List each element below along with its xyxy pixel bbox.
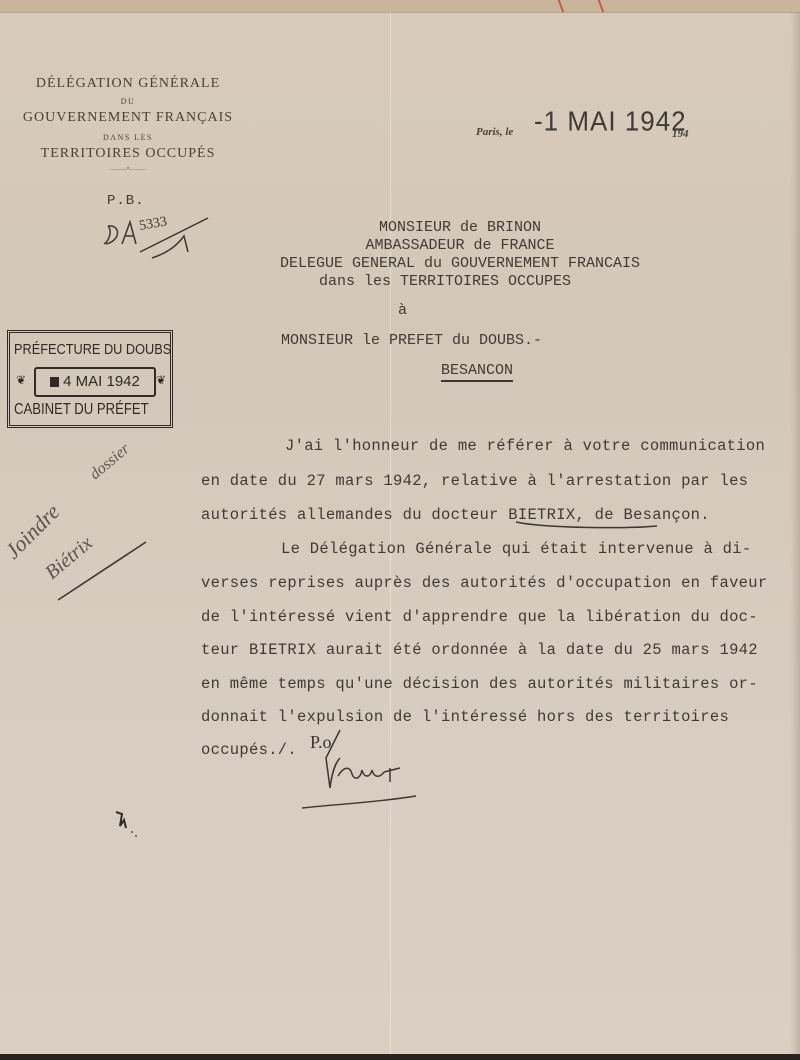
signature: signature P.o <box>290 722 440 812</box>
stamp-date-box: 4 MAI 1942 <box>34 367 156 397</box>
sender-line: DELEGUE GENERAL du GOUVERNEMENT FRANCAIS <box>240 255 680 273</box>
handwritten-underline <box>514 520 659 530</box>
margin-annotation: Joindre dossier Biétrix dossier Joindre … <box>0 440 190 610</box>
body-line: teur BIETRIX aurait été ordonnée à la da… <box>201 641 758 659</box>
body-line: J'ai l'honneur de me référer à votre com… <box>285 437 765 455</box>
sender-block: MONSIEUR de BRINON AMBASSADEUR de FRANCE… <box>240 219 680 291</box>
svg-text:P.o: P.o <box>310 732 332 752</box>
body-line: occupés./. <box>201 741 297 759</box>
top-edge-strip <box>0 0 800 13</box>
svg-text:Joindre: Joindre <box>0 499 65 564</box>
letter-page: DÉLÉGATION GÉNÉRALE DU GOUVERNEMENT FRAN… <box>0 0 800 1060</box>
paper-bottom-edge <box>0 1054 800 1060</box>
body-line: de l'intéressé vient d'apprendre que la … <box>201 608 758 626</box>
letterhead-line: DANS LES <box>18 132 238 144</box>
svg-text:Biétrix: Biétrix <box>41 532 97 584</box>
red-mark <box>598 0 618 12</box>
body-line: Le Délégation Générale qui était interve… <box>281 540 751 558</box>
letterhead-line: DU <box>18 96 238 108</box>
received-stamp: PRÉFECTURE DU DOUBS ❦ 4 MAI 1942 ❦ CABIN… <box>7 330 173 428</box>
place-label: Paris, le <box>476 126 513 138</box>
stamp-ornament-icon: ❦ <box>156 373 166 387</box>
body-line: donnait l'expulsion de l'intéressé hors … <box>201 708 729 726</box>
date-stamp: -1 MAI 1942 <box>534 105 687 138</box>
stamp-prefecture: PRÉFECTURE DU DOUBS <box>14 341 171 358</box>
letterhead-line: TERRITOIRES OCCUPÉS <box>18 146 238 162</box>
body-line: en même temps qu'une décision des autori… <box>201 675 758 693</box>
stamp-date: 4 MAI 1942 <box>63 373 140 390</box>
sender-line: dans les TERRITOIRES OCCUPES <box>210 273 680 291</box>
handwritten-reference: DA 5333/A 5333 <box>100 200 220 260</box>
letterhead-line: GOUVERNEMENT FRANÇAIS <box>18 110 238 126</box>
ink-smudge <box>112 806 152 846</box>
letterhead-line: DÉLÉGATION GÉNÉRALE <box>18 76 238 92</box>
sender-line: AMBASSADEUR de FRANCE <box>240 237 680 255</box>
body-line: verses reprises auprès des autorités d'o… <box>201 574 768 592</box>
letterhead-ornament: ——•—— <box>18 164 238 173</box>
red-mark <box>558 0 578 12</box>
stamp-square-icon <box>50 377 59 387</box>
year-prefix: 194 <box>672 128 689 140</box>
body-line: en date du 27 mars 1942, relative à l'ar… <box>201 472 748 490</box>
recipient-name: MONSIEUR le PREFET du DOUBS.- <box>281 332 542 349</box>
svg-text:5333: 5333 <box>138 214 168 234</box>
stamp-cabinet: CABINET DU PRÉFET <box>14 401 149 419</box>
paper-right-edge <box>790 12 800 1060</box>
paper-fold-line <box>390 12 391 1060</box>
svg-text:dossier: dossier <box>87 440 134 483</box>
to-word: à <box>398 302 407 319</box>
sender-line: MONSIEUR de BRINON <box>240 219 680 237</box>
recipient-city: BESANCON <box>441 362 513 382</box>
date-line: Paris, le -1 MAI 1942 194 <box>476 104 706 144</box>
letterhead: DÉLÉGATION GÉNÉRALE DU GOUVERNEMENT FRAN… <box>18 76 238 173</box>
stamp-ornament-icon: ❦ <box>16 373 26 387</box>
